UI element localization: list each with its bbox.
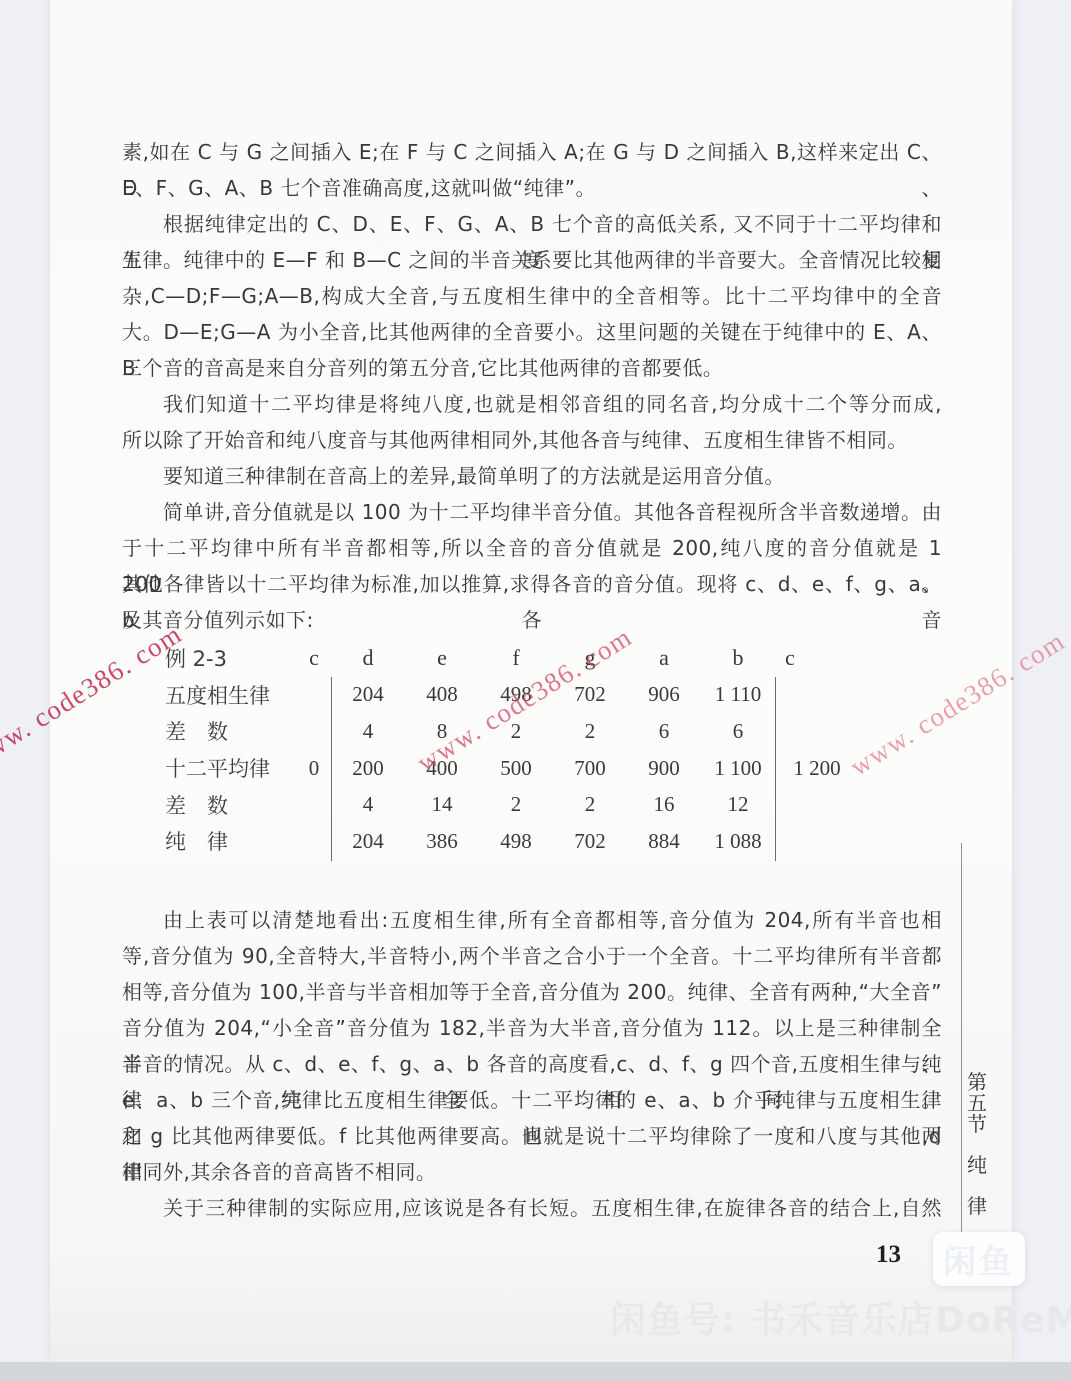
seller-watermark: 闲鱼号: 书禾音乐店DoReMi [610,1292,1050,1343]
text-line: 生律。纯律中的 E—F 和 B—C 之间的半音关系要比其他两律的半音要大。全音情… [122,242,942,278]
table-row: 差 数414221612 [165,786,859,823]
section-label-char: 律 [967,1196,987,1217]
table-cell: 1 088 [701,829,775,854]
text-line: 我们知道十二平均律是将纯八度,也就是相邻音组的同名音,均分成十二个等分而成, [122,386,942,422]
text-line: 所以除了开始音和纯八度音与其他两律相同外,其他各音与纯律、五度相生律皆不相同。 [122,422,942,458]
text-line: 素,如在 C 与 G 之间插入 E;在 F 与 C 之间插入 A;在 G 与 D… [122,134,942,170]
column-letter: e [405,645,479,671]
table-cell: 2 [553,792,627,817]
section-vertical-label: 第五节纯律 [962,1072,992,1217]
table-cell: 14 [405,792,479,817]
text-line: 关于三种律制的实际应用,应该说是各有长短。五度相生律,在旋律各音的结合上,自然 [122,1190,942,1226]
table-row: 纯 律2043864987028841 088 [165,823,859,860]
table-row: 十二平均律02004005007009001 1001 200 [165,750,859,787]
table-cell: 0 [297,756,331,781]
text-line: 等,音分值为 90,全音特大,半音特小,两个半音之合小于一个全音。十二平均律所有… [122,938,942,974]
column-letter: d [331,645,405,671]
text-line: 其他各律皆以十二平均律为标准,加以推算,求得各音的音分值。现将 c、d、e、f、… [122,566,942,602]
table-cell: 204 [331,829,405,854]
xianyu-logo: 闲鱼 [933,1232,1025,1286]
text-line: 音分值为 204,“小全音”音分值为 182,半音为大半音,音分值为 112。以… [122,1010,942,1046]
text-line: 于十二平均律中所有半音都相等,所以全音的音分值就是 200,纯八度的音分值就是 … [122,530,942,566]
table-cell: 2 [553,719,627,744]
cents-table: 例 2-3cdefgabc五度相生律2044084987029061 110差 … [165,640,859,860]
text-line: 相同外,其余各音的音高皆不相同。 [122,1154,942,1190]
table-cell: 200 [331,756,405,781]
table-cell: 16 [627,792,701,817]
row-label: 纯 律 [165,826,297,856]
text-line: 和 g 比其他两律要低。f 比其他两律要高。也就是说十二平均律除了一度和八度与其… [122,1118,942,1154]
table-cell: 702 [553,829,627,854]
table-cell: 2 [479,792,553,817]
text-line: 简单讲,音分值就是以 100 为十二平均律半音分值。其他各音程视所含半音数递增。… [122,494,942,530]
photo-bottom-edge [0,1362,1071,1381]
table-cell: 1 100 [701,756,775,781]
column-letter: c [775,645,859,671]
column-letter: f [479,645,553,671]
table-cell: 386 [405,829,479,854]
scanned-book-page: { "page": { "number": "13" }, "sidebar":… [0,0,1071,1381]
column-letter: a [627,645,701,671]
table-cell: 1 110 [701,682,775,707]
section-label-char: 节 [967,1114,987,1135]
column-letter: b [701,645,775,671]
table-right-rule [775,677,776,861]
text-line: 大。D—E;G—A 为小全音,比其他两律的全音要小。这里问题的关键在于纯律中的 … [122,314,942,350]
table-cell: 498 [479,829,553,854]
row-label: 五度相生律 [165,680,297,710]
table-cell: 900 [627,756,701,781]
paragraphs-below-table: 由上表可以清楚地看出:五度相生律,所有全音都相等,音分值为 204,所有半音也相… [122,902,942,1226]
table-caption: 例 2-3 [165,643,297,673]
table-cell: 884 [627,829,701,854]
section-label-char: 五 [967,1093,987,1114]
row-label: 差 数 [165,716,297,746]
text-line: 相等,音分值为 100,半音与半音相加等于全音,音分值为 200。纯律、全音有两… [122,974,942,1010]
table-header-row: 例 2-3cdefgabc [165,640,859,677]
text-line: 半音的情况。从 c、d、e、f、g、a、b 各音的高度看,c、d、f、g 四个音… [122,1046,942,1082]
table-cell: 4 [331,792,405,817]
table-cell: 6 [701,719,775,744]
table-cell: 700 [553,756,627,781]
paragraphs-above-table: 素,如在 C 与 G 之间插入 E;在 F 与 C 之间插入 A;在 G 与 D… [122,134,942,638]
section-label-char: 第 [967,1072,987,1093]
table-cell: 906 [627,682,701,707]
row-label: 十二平均律 [165,753,297,783]
table-cell: 12 [701,792,775,817]
text-line: 根据纯律定出的 C、D、E、F、G、A、B 七个音的高低关系, 又不同于十二平均… [122,206,942,242]
table-cell: 4 [331,719,405,744]
text-line: 由上表可以清楚地看出:五度相生律,所有全音都相等,音分值为 204,所有半音也相 [122,902,942,938]
page-number: 13 [876,1241,901,1269]
table-cell: 408 [405,682,479,707]
section-label-char: 纯 [967,1155,987,1176]
text-line: e、a、b 三个音,纯律比五度相生律要低。十二平均律的 e、a、b 介乎纯律与五… [122,1082,942,1118]
table-left-rule [331,677,332,861]
table-cell: 204 [331,682,405,707]
text-line: 要知道三种律制在音高上的差异,最简单明了的方法就是运用音分值。 [122,458,942,494]
text-line: 三个音的音高是来自分音列的第五分音,它比其他两律的音都要低。 [122,350,942,386]
table-cell: 6 [627,719,701,744]
table-cell: 500 [479,756,553,781]
column-letter: c [297,645,331,671]
row-label: 差 数 [165,790,297,820]
text-line: 杂,C—D;F—G;A—B,构成大全音,与五度相生律中的全音相等。比十二平均律中… [122,278,942,314]
